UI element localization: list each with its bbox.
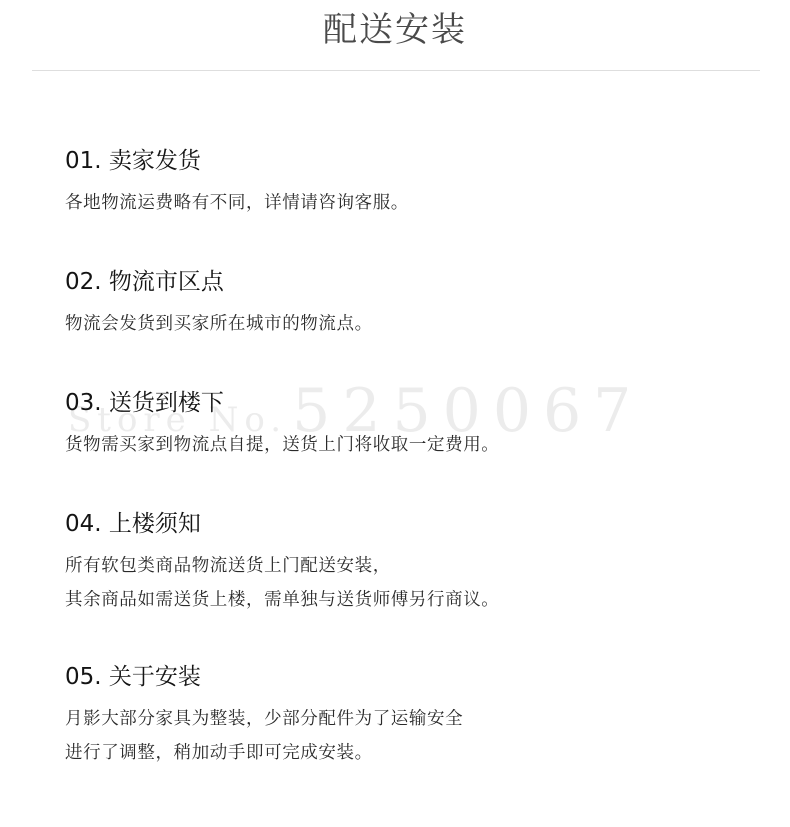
section-body: 货物需买家到物流点自提，送货上门将收取一定费用。 (65, 428, 499, 462)
section-title: 上楼须知 (109, 511, 201, 537)
section-delivery-downstairs: 03. 送货到楼下 货物需买家到物流点自提，送货上门将收取一定费用。 (65, 388, 499, 462)
section-title: 关于安装 (109, 664, 201, 690)
section-title: 卖家发货 (109, 148, 201, 174)
section-heading: 04. 上楼须知 (65, 509, 499, 539)
section-about-installation: 05. 关于安装 月影大部分家具为整装，少部分配件为了运输安全 进行了调整，稍加… (65, 662, 463, 770)
section-logistics-point: 02. 物流市区点 物流会发货到买家所在城市的物流点。 (65, 267, 373, 341)
section-number: 05. (65, 664, 102, 690)
body-line: 所有软包类商品物流送货上门配送安装， (65, 549, 499, 583)
section-heading: 02. 物流市区点 (65, 267, 373, 297)
section-heading: 03. 送货到楼下 (65, 388, 499, 418)
section-body: 各地物流运费略有不同，详情请咨询客服。 (65, 186, 409, 220)
section-heading: 01. 卖家发货 (65, 146, 409, 176)
section-title: 送货到楼下 (109, 390, 224, 416)
section-body: 月影大部分家具为整装，少部分配件为了运输安全 进行了调整，稍加动手即可完成安装。 (65, 702, 463, 770)
title-divider (32, 70, 760, 71)
section-number: 03. (65, 390, 102, 416)
section-seller-shipping: 01. 卖家发货 各地物流运费略有不同，详情请咨询客服。 (65, 146, 409, 220)
section-upstairs-notice: 04. 上楼须知 所有软包类商品物流送货上门配送安装， 其余商品如需送货上楼，需… (65, 509, 499, 617)
body-line: 各地物流运费略有不同，详情请咨询客服。 (65, 186, 409, 220)
body-line: 物流会发货到买家所在城市的物流点。 (65, 307, 373, 341)
body-line: 月影大部分家具为整装，少部分配件为了运输安全 (65, 702, 463, 736)
section-title: 物流市区点 (109, 269, 224, 295)
body-line: 其余商品如需送货上楼，需单独与送货师傅另行商议。 (65, 583, 499, 617)
section-heading: 05. 关于安装 (65, 662, 463, 692)
body-line: 进行了调整，稍加动手即可完成安装。 (65, 736, 463, 770)
section-body: 所有软包类商品物流送货上门配送安装， 其余商品如需送货上楼，需单独与送货师傅另行… (65, 549, 499, 617)
section-number: 01. (65, 148, 102, 174)
page-title: 配送安装 (0, 4, 790, 56)
section-number: 02. (65, 269, 102, 295)
section-body: 物流会发货到买家所在城市的物流点。 (65, 307, 373, 341)
section-number: 04. (65, 511, 102, 537)
body-line: 货物需买家到物流点自提，送货上门将收取一定费用。 (65, 428, 499, 462)
